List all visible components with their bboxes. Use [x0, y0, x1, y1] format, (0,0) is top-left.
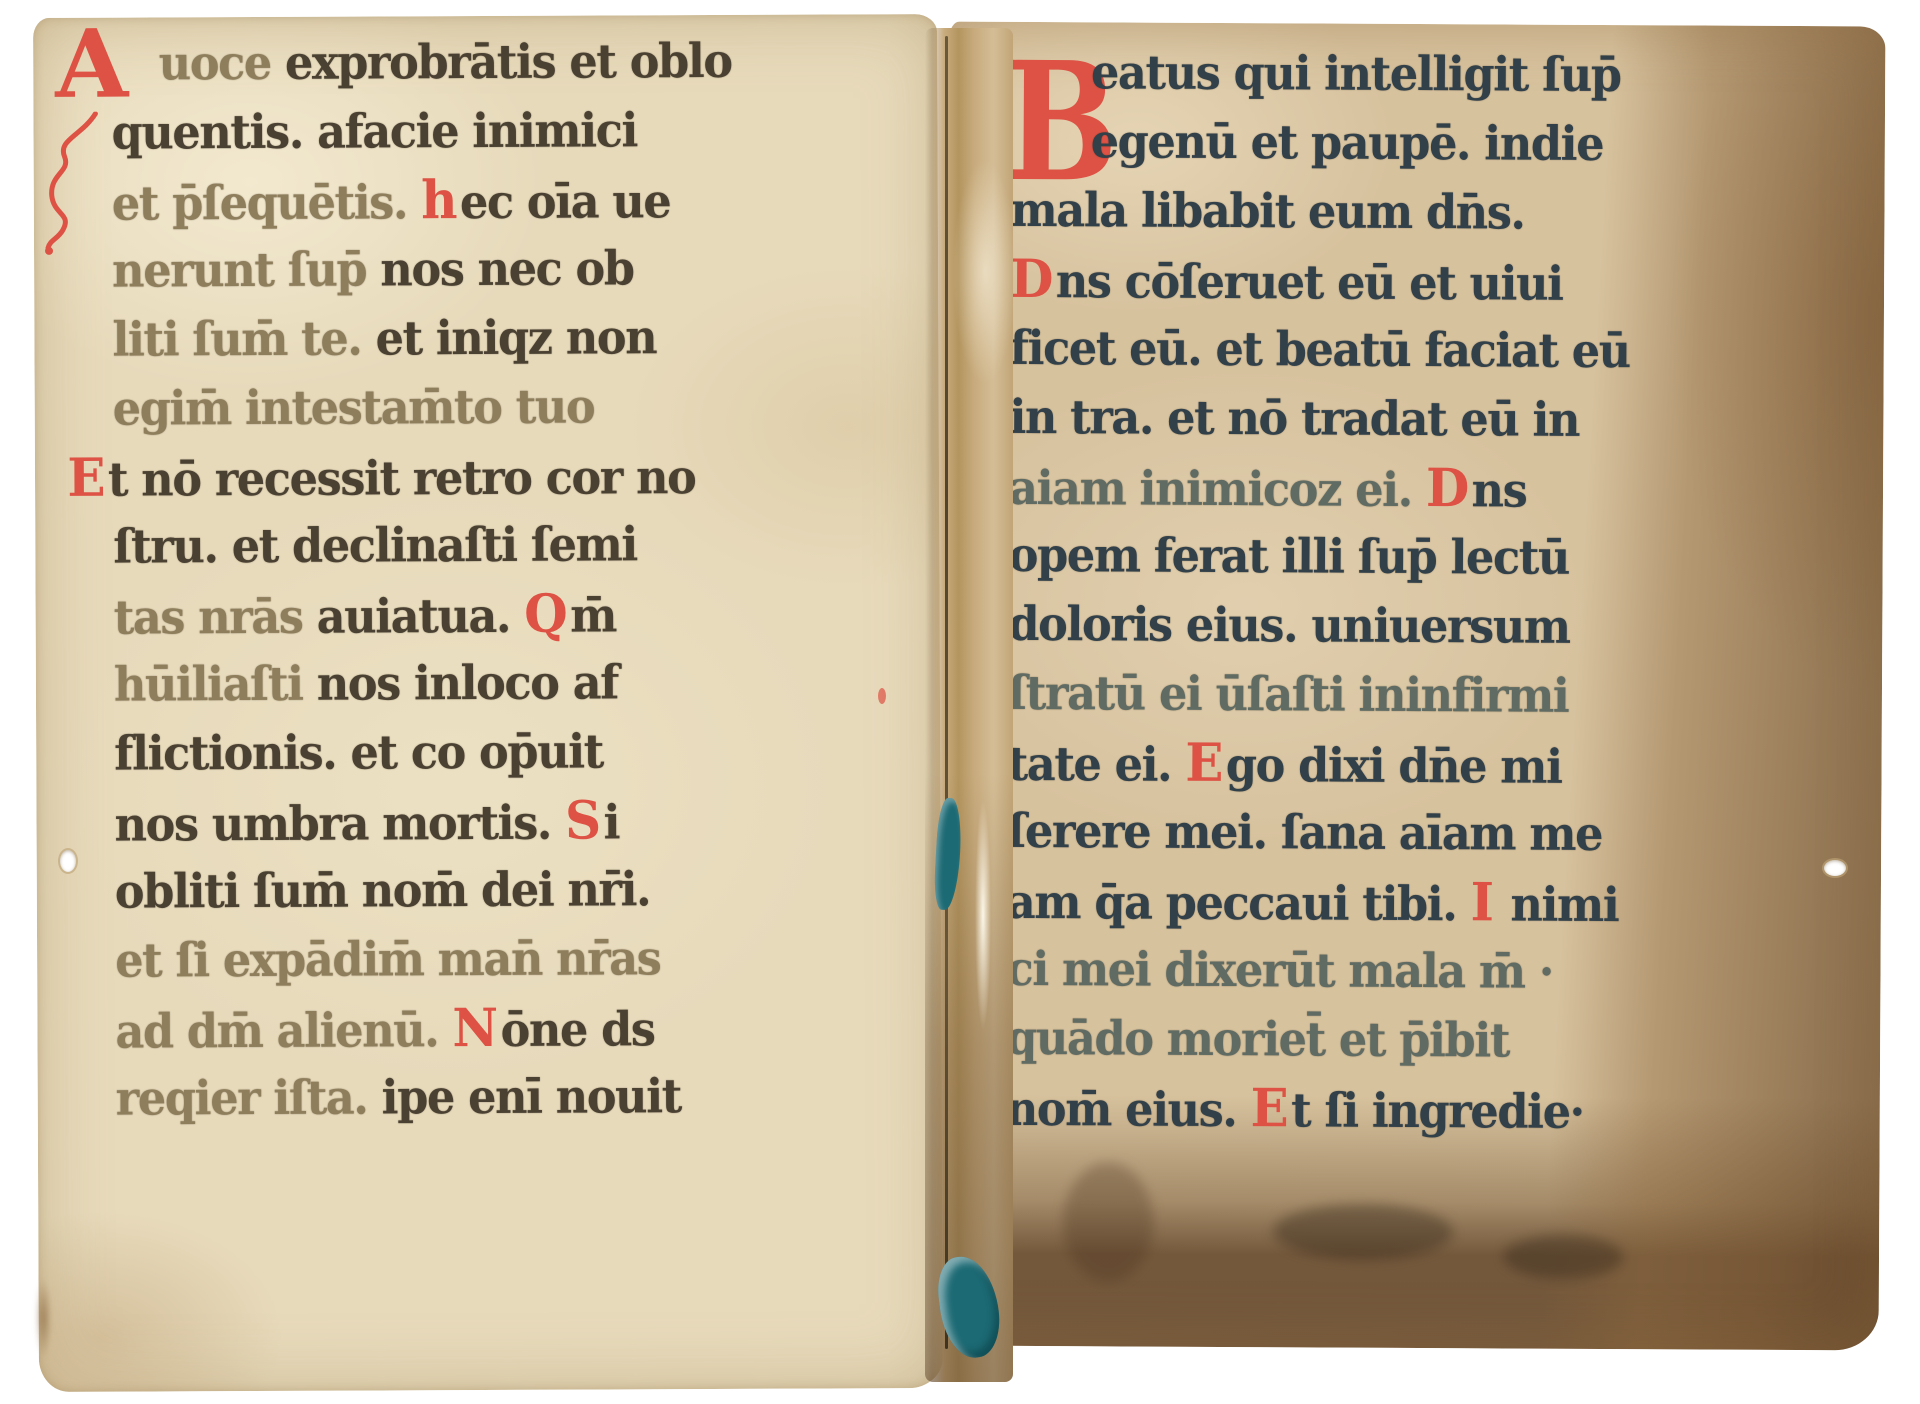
text-segment: go dixi dn̄e mi — [1226, 738, 1562, 795]
text-segment: obliti ſum̄ nom̄ dei nr̄i. — [115, 862, 651, 919]
manuscript-line: doloris eius. uniuersum — [1008, 590, 1628, 662]
spine-crease — [945, 36, 948, 1349]
text-segment: reqier iſta. — [116, 1070, 382, 1126]
text-segment: ipe enī nouit — [381, 1069, 681, 1125]
rubric-initial: Q — [524, 584, 566, 645]
text-segment: doloris eius. uniuersum — [1008, 597, 1570, 655]
text-segment: nerunt ſup̄ — [112, 242, 380, 298]
rubric-initial: E — [67, 444, 104, 514]
text-segment: et p̄ſequētis. — [112, 175, 422, 231]
manuscript-line: nom̄ eius. Et ſi ingredie· — [1006, 1073, 1626, 1145]
manuscript-line: ci mei dixerūt mala m̄ · — [1006, 935, 1626, 1007]
manuscript-line: flictionis. et co op̄uit — [114, 717, 735, 789]
manuscript-line: mala libabit eum dn̄s. — [1010, 176, 1630, 248]
manuscript-line: ſtru. et declinaſti ſemi — [113, 510, 734, 582]
left-page: A uoce exprobrātis et obloquentis. afaci… — [33, 14, 943, 1392]
manuscript-line: ſtratū ei ūſaſti ininfirmi — [1008, 659, 1628, 731]
text-segment: in tra. et nō tradat eū in — [1009, 390, 1579, 448]
binding-hole — [60, 850, 76, 872]
rubric-initial: D — [1426, 458, 1468, 519]
text-segment: nimi — [1496, 877, 1618, 933]
text-segment: hūiliaſti — [114, 657, 317, 713]
manuscript-line: uoce exprobrātis et oblo — [111, 27, 732, 99]
manuscript-line: ſerere mei. ſana aīam me — [1007, 797, 1627, 869]
text-segment: egim̄ intestam̄to tuo — [113, 380, 595, 437]
text-segment: nos nec ob — [380, 241, 634, 297]
manuscript-line: obliti ſum̄ nom̄ dei nr̄i. — [115, 855, 736, 927]
text-segment: ficet eū. et beatū faciat eū — [1010, 321, 1630, 379]
ink-smudge — [1273, 1203, 1453, 1260]
manuscript-line: ad dm̄ alienū. Nōne ds — [115, 993, 736, 1065]
binding-hole — [1824, 860, 1846, 876]
text-segment: auiatua. — [317, 589, 525, 645]
text-segment: mala libabit eum dn̄s. — [1010, 183, 1524, 241]
right-text-block: eatus qui intelligit ſup̄egenū et paupē.… — [1006, 38, 1664, 1145]
manuscript-line: egim̄ intestam̄to tuo — [113, 372, 734, 444]
text-segment: eatus qui intelligit ſup̄ — [1091, 45, 1621, 103]
manuscript-line: Et nō recessit retro cor no — [113, 441, 734, 513]
manuscript-line: nerunt ſup̄ nos nec ob — [112, 234, 733, 306]
manuscript-line: egenū et paupē. indie — [1011, 107, 1631, 179]
manuscript-line: reqier iſta. ipe enī nouit — [116, 1062, 737, 1134]
pigment-mark-red — [878, 688, 886, 704]
text-segment: opem ferat illi ſup̄ lectū — [1009, 528, 1570, 586]
rubric-initial: h — [421, 170, 456, 231]
right-page: B eatus qui intelligit ſup̄egenū et paup… — [943, 22, 1886, 1351]
manuscript-line: nos umbra mortis. Si — [114, 786, 735, 858]
ink-smudge — [1063, 1162, 1154, 1282]
manuscript-line: Dns cōſeruet eū et uiui — [1010, 245, 1630, 317]
manuscript-line: ficet eū. et beatū faciat eū — [1010, 314, 1630, 386]
manuscript-line: quādo moriet̄ et p̄ibit — [1006, 1004, 1626, 1076]
rubric-initial: E — [1185, 733, 1222, 794]
manuscript-line: tas nrās auiatua. Qm̄ — [113, 579, 734, 651]
text-segment: t ſi ingredie· — [1291, 1083, 1584, 1140]
left-text-block: uoce exprobrātis et obloquentis. afacie … — [111, 27, 769, 1134]
rubric-initial: N — [452, 998, 497, 1059]
rubric-initial: E — [1250, 1078, 1287, 1139]
text-segment: ci mei dixerūt mala m̄ · — [1006, 942, 1553, 1000]
text-segment: et ſi expādim̄ man̄ nr̄as — [115, 931, 661, 988]
text-segment: ns — [1471, 463, 1526, 518]
manuscript-scan: A uoce exprobrātis et obloquentis. afaci… — [0, 0, 1920, 1404]
text-segment: ſtratū ei ūſaſti ininfirmi — [1008, 666, 1569, 724]
manuscript-line: et ſi expādim̄ man̄ nr̄as — [115, 924, 736, 996]
text-segment: ec oīa ue — [460, 174, 671, 230]
text-segment: t nō recessit retro cor no — [108, 450, 696, 508]
text-segment: am q̄a peccaui tibi. — [1007, 875, 1471, 932]
text-segment: egenū et paupē. indie — [1091, 114, 1604, 172]
text-segment: flictionis. et co op̄uit — [114, 724, 603, 781]
spine-gloss-highlight — [975, 800, 991, 1030]
text-segment: nos inloco af — [317, 655, 618, 711]
text-segment: ſtru. et declinaſti ſemi — [113, 517, 637, 574]
rubric-initial: D — [1010, 249, 1052, 310]
text-segment: ōne ds — [500, 1002, 654, 1058]
binding-spine — [925, 28, 1013, 1382]
manuscript-line: in tra. et nō tradat eū in — [1009, 383, 1629, 455]
text-segment: quentis. afacie inimici — [111, 103, 637, 160]
manuscript-line: tate ei. Ego dixi dn̄e mi — [1007, 728, 1627, 800]
manuscript-line: liti ſum̄ te. et iniqz non — [112, 303, 733, 375]
rubric-initial: I — [1470, 872, 1492, 933]
text-segment: exprobrātis et oblo — [285, 34, 732, 91]
text-segment: ſerere mei. ſana aīam me — [1007, 804, 1602, 862]
rubric-initial: S — [565, 791, 600, 852]
damaged-corner — [35, 1278, 79, 1358]
manuscript-line: opem ferat illi ſup̄ lectū — [1008, 521, 1628, 593]
ink-smudge — [1503, 1234, 1623, 1279]
manuscript-line: quentis. afacie inimici — [111, 96, 732, 168]
text-segment: tate ei. — [1007, 737, 1185, 793]
text-segment: liti ſum̄ te. — [112, 311, 375, 367]
text-segment: i — [603, 795, 619, 850]
manuscript-line: am q̄a peccaui tibi. I nimi — [1007, 866, 1627, 938]
text-segment: et iniqz non — [375, 310, 656, 366]
text-segment: ad dm̄ alienū. — [115, 1003, 452, 1059]
text-segment: m̄ — [570, 588, 616, 643]
text-segment: uoce — [159, 36, 285, 92]
text-segment: aiam inimicoz ei. — [1009, 461, 1426, 518]
text-segment: tas nrās — [114, 590, 317, 646]
manuscript-line: et p̄ſequētis. hec oīa ue — [112, 165, 733, 237]
text-segment: nos umbra mortis. — [114, 796, 565, 853]
text-segment: quādo moriet̄ et p̄ibit — [1006, 1011, 1509, 1069]
manuscript-line: eatus qui intelligit ſup̄ — [1011, 38, 1631, 110]
manuscript-line: hūiliaſti nos inloco af — [114, 648, 735, 720]
text-segment: ns cōſeruet eū et uiui — [1056, 254, 1563, 312]
text-segment: nom̄ eius. — [1006, 1082, 1251, 1138]
manuscript-line: aiam inimicoz ei. Dns — [1009, 452, 1629, 524]
penwork-flourish-icon — [39, 112, 112, 262]
